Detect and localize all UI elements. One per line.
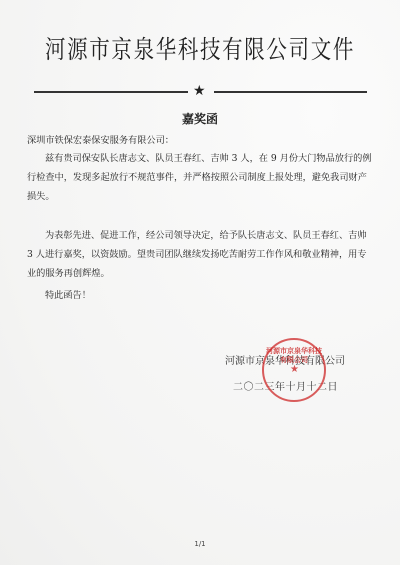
paragraph-closing: 特此函告！ — [27, 286, 375, 305]
stamp-star-icon: ★ — [290, 364, 299, 375]
letterhead-rule-left — [34, 91, 188, 93]
company-seal-stamp: 河源市京泉华科技有限公司 ★ — [262, 338, 326, 402]
page-number: 1/1 — [0, 540, 400, 548]
document-page: 河源市京泉华科技有限公司文件 ★ 嘉奖函 深圳市铁保宏泰保安服务有限公司： 兹有… — [0, 0, 400, 565]
paragraph-commendation-reason: 兹有贵司保安队长唐志文、队员王春红、吉帅 3 人，在 9 月份大门物品放行的例行… — [27, 149, 375, 206]
document-title: 嘉奖函 — [0, 110, 400, 127]
letterhead-rule-right — [214, 91, 367, 93]
star-icon: ★ — [193, 83, 206, 99]
paragraph-award-decision: 为表彰先进、促进工作，经公司领导决定，给予队长唐志文、队员王春红、吉帅 3 人进… — [27, 226, 375, 283]
letterhead-title: 河源市京泉华科技有限公司文件 — [36, 30, 364, 66]
recipient-line: 深圳市铁保宏泰保安服务有限公司： — [27, 131, 375, 150]
